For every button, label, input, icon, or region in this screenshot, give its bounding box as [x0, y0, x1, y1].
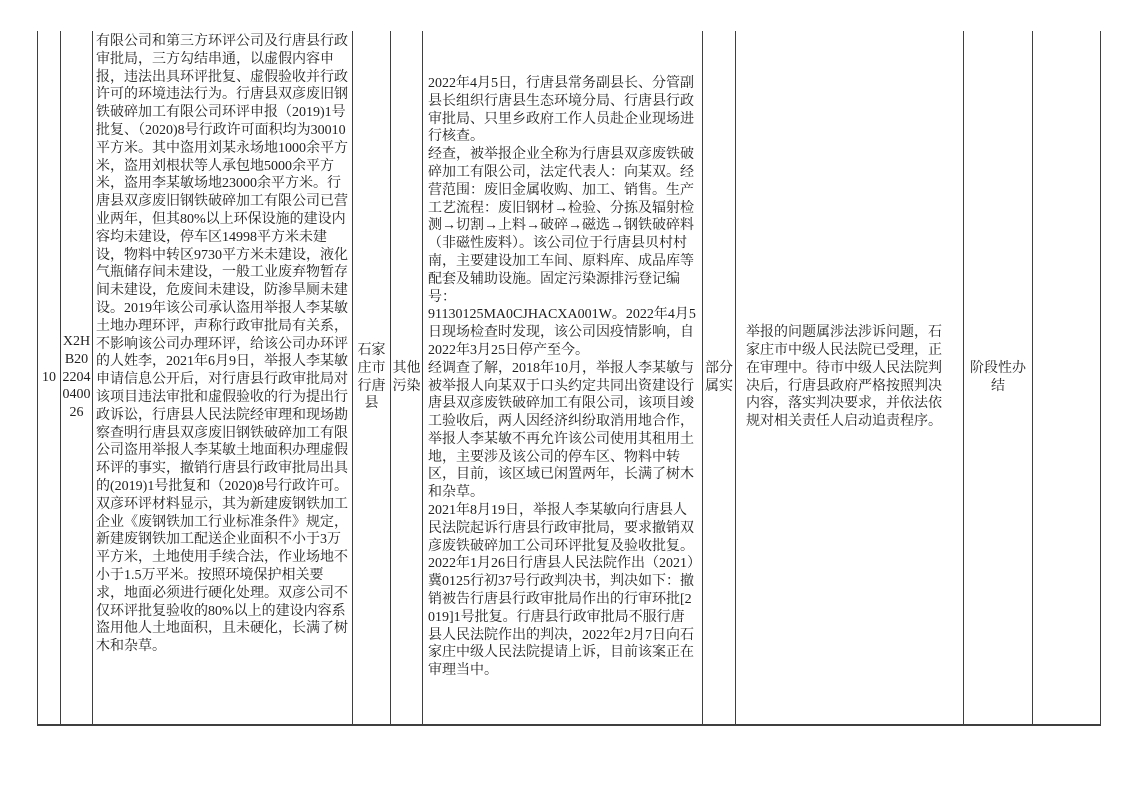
row-number-cell: 10	[37, 31, 60, 724]
complaint-table-row: 10 X2HB202204040026 有限公司和第三方环评公司及行唐县行政审批…	[37, 31, 1101, 726]
status-text: 阶段性办结	[970, 360, 1026, 396]
document-page: 10 X2HB202204040026 有限公司和第三方环评公司及行唐县行政审批…	[0, 0, 1122, 793]
investigation-text: 2022年4月5日，行唐县常务副县长、分管副县长组织行唐县生态环境分局、行唐县行…	[428, 75, 697, 680]
row-number: 10	[42, 369, 56, 387]
pollution-type-text: 其他污染	[392, 360, 421, 396]
region-cell: 石家庄市行唐县	[352, 31, 390, 724]
report-content-cell: 有限公司和第三方环评公司及行唐县行政审批局，三方勾结串通，以虚假内容申报，违法出…	[92, 31, 352, 724]
verification-cell: 部分属实	[702, 31, 735, 724]
investigation-cell: 2022年4月5日，行唐县常务副县长、分管副县长组织行唐县生态环境分局、行唐县行…	[422, 31, 702, 724]
report-content-text: 有限公司和第三方环评公司及行唐县行政审批局，三方勾结串通，以虚假内容申报，违法出…	[96, 34, 348, 654]
handling-cell: 举报的问题属涉法涉诉问题，石家庄市中级人民法院已受理，正在审理中。待市中级人民法…	[735, 31, 963, 724]
pollution-type-cell: 其他污染	[390, 31, 422, 724]
case-number: X2HB202204040026	[62, 333, 91, 422]
remark-cell	[1032, 31, 1101, 724]
case-number-cell: X2HB202204040026	[60, 31, 92, 724]
status-cell: 阶段性办结	[963, 31, 1032, 724]
handling-text: 举报的问题属涉法涉诉问题，石家庄市中级人民法院已受理，正在审理中。待市中级人民法…	[746, 324, 953, 431]
verification-text: 部分属实	[704, 360, 734, 396]
region-text: 石家庄市行唐县	[355, 342, 388, 413]
